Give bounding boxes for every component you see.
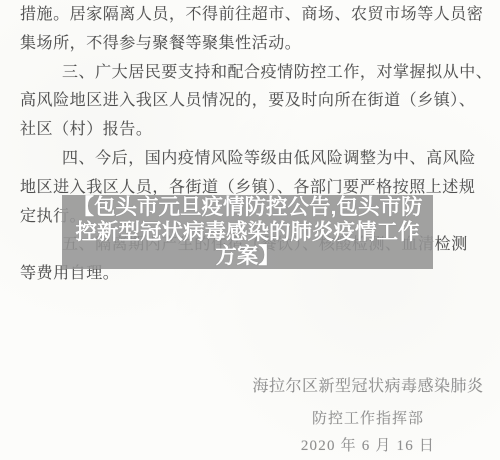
body-line: 三、广大居民要支持和配合疫情防控工作，对掌握拟从中、 — [20, 59, 484, 88]
document-page: 措施。居家隔离人员，不得前往超市、商场、农贸市场等人员密 集场所，不得参与聚餐等… — [0, 0, 500, 460]
watermark-title-line: 控新型冠状病毒感染的肺炎疫情工作 — [75, 220, 419, 244]
body-line: 四、今后，国内疫情风险等级由低风险调整为中、高风险 — [20, 145, 484, 174]
body-line: 高风险地区进入我区人员情况的，要及时向所在街道（乡镇）、 — [20, 87, 484, 116]
signature-org-line: 海拉尔区新型冠状病毒感染肺炎 — [248, 373, 488, 396]
body-line: 集场所，不得参与聚餐等聚集性活动。 — [20, 30, 484, 59]
signature-org-line: 防控工作指挥部 — [248, 407, 488, 428]
watermark-title-line: 【包头市元旦疫情防控公告,包头市防 — [73, 195, 423, 219]
watermark-title-overlay: 【包头市元旦疫情防控公告,包头市防 控新型冠状病毒感染的肺炎疫情工作 方案】 — [62, 195, 433, 269]
watermark-title-line: 方案】 — [215, 244, 280, 268]
body-line: 社区（村）报告。 — [20, 116, 484, 145]
body-line: 措施。居家隔离人员，不得前往超市、商场、农贸市场等人员密 — [20, 1, 484, 30]
signature-date: 2020 年 6 月 16 日 — [248, 434, 488, 455]
